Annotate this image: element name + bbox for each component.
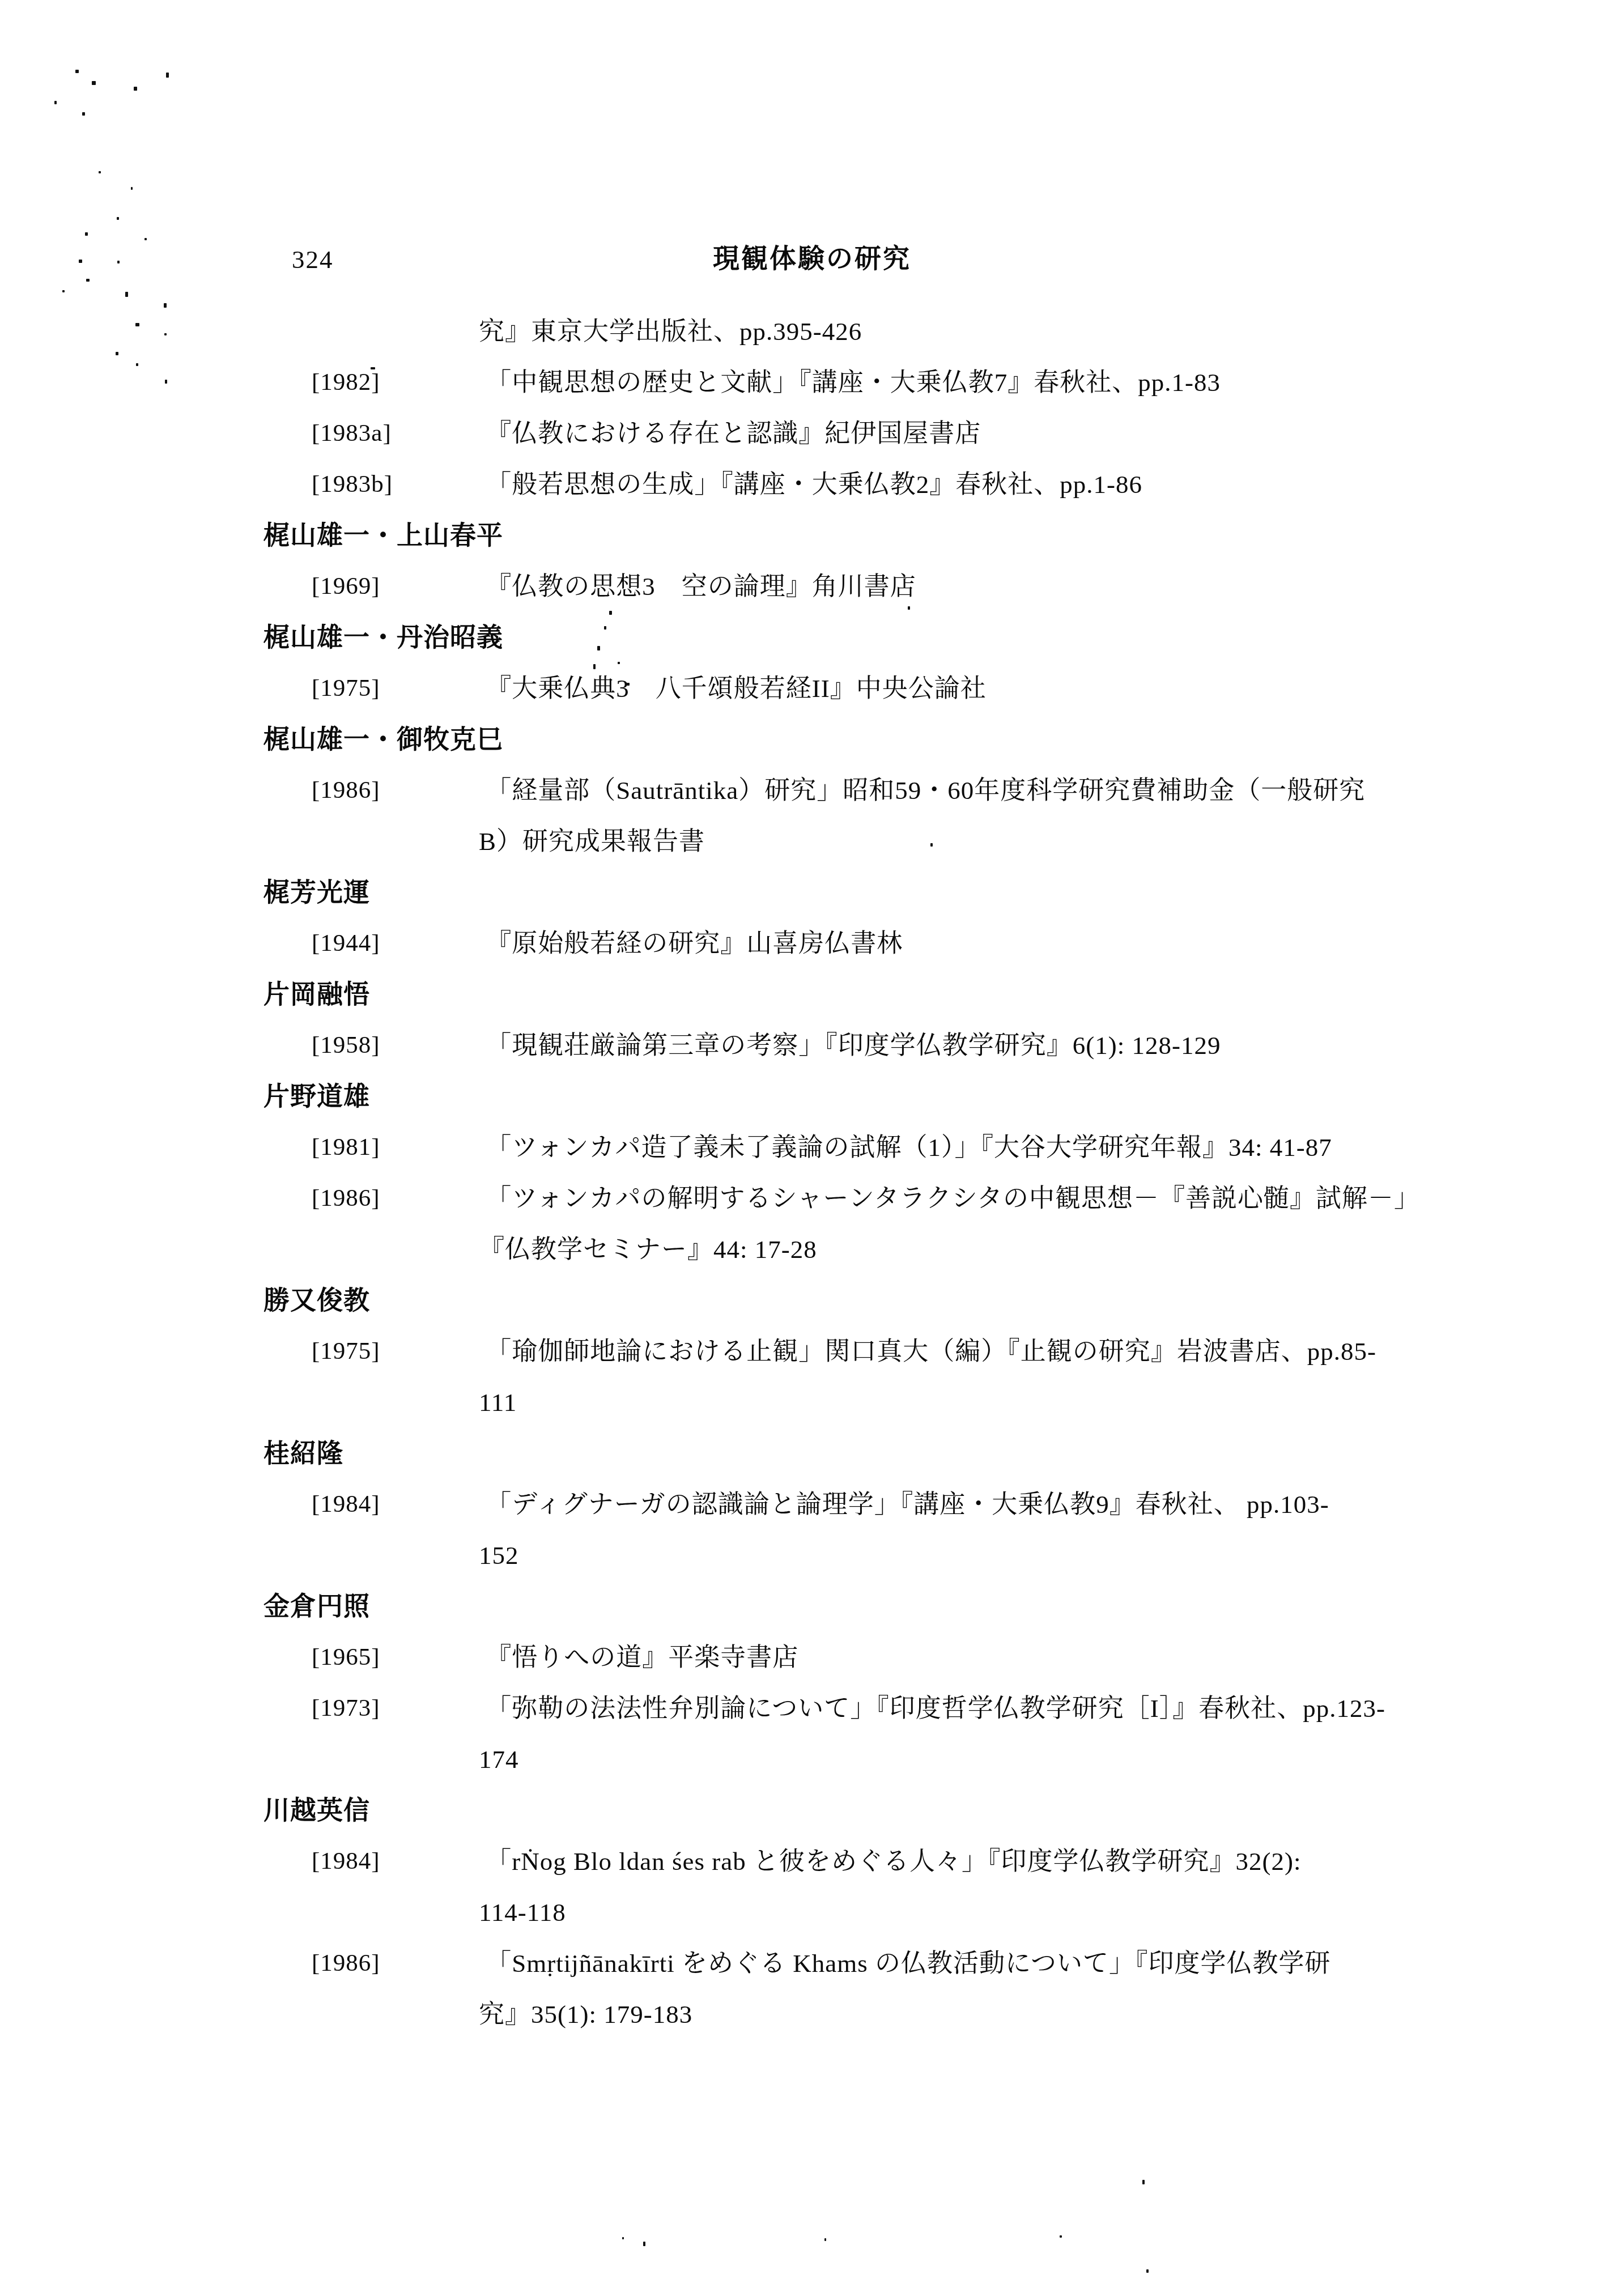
entry-year-label: [1944] [312, 918, 479, 969]
entry-citation-text: 「中観思想の歴史と文献」『講座・大乗仏教7』春秋社、pp.1-83 [486, 357, 1221, 408]
noise-dot [165, 380, 167, 384]
entry-citation-text: 『大乗仏典3 八千頌般若経II』中央公論社 [486, 663, 986, 714]
bibliography-entry: [1973] 「弥勒の法法性弁別論について」『印度哲学仏教学研究［I］』春秋社、… [263, 1683, 1431, 1734]
entry-year-label: [1986] [312, 1173, 479, 1224]
entry-citation-text: 『原始般若経の研究』山喜房仏書林 [486, 918, 903, 969]
bibliography-entry: [1986] 「経量部（Sautrāntika）研究」昭和59・60年度科学研究… [263, 765, 1431, 816]
entry-year-label: [1986] [312, 1938, 479, 1989]
entry-year-label: [1965] [312, 1632, 479, 1683]
entry-year-label: [1981] [312, 1122, 479, 1173]
entry-year-label: [1984] [312, 1836, 479, 1887]
entry-citation-text: 「ツォンカパ造了義未了義論の試解（1）」『大谷大学研究年報』34: 41-87 [486, 1122, 1332, 1173]
bibliography-entry: [1986] 「ツォンカパの解明するシャーンタラクシタの中観思想－『善説心髄』試… [263, 1173, 1431, 1224]
bibliography-list: 究』東京大学出版社、pp.395-426 [1982] 「中観思想の歴史と文献」… [263, 306, 1431, 2040]
entry-citation-text: 究』35(1): 179-183 [479, 2000, 692, 2029]
author-heading: 金倉円照 [263, 1581, 1431, 1632]
entry-continuation-line: 152 [263, 1530, 1431, 1581]
entry-citation-text: 114-118 [479, 1898, 566, 1927]
bibliography-entry: [1965] 『悟りへの道』平楽寺書店 [263, 1632, 1431, 1683]
noise-dot [62, 290, 65, 292]
entry-continuation-line: 究』東京大学出版社、pp.395-426 [263, 306, 1431, 357]
entry-citation-text: B）研究成果報告書 [479, 827, 705, 856]
entry-year-label: [1984] [312, 1479, 479, 1530]
noise-dot [166, 73, 169, 78]
entry-citation-text: 『悟りへの道』平楽寺書店 [486, 1632, 798, 1683]
author-heading: 片野道雄 [263, 1071, 1431, 1122]
noise-dot [1060, 2235, 1062, 2238]
entry-continuation-line: 114-118 [263, 1887, 1431, 1938]
entry-citation-text: 『仏教学セミナー』44: 17-28 [479, 1235, 817, 1264]
entry-citation-text: 『仏教における存在と認識』紀伊国屋書店 [486, 408, 981, 459]
entry-year-label: [1975] [312, 1326, 479, 1377]
noise-dot [144, 238, 147, 240]
document-page: 324 現観体験の研究 究』東京大学出版社、pp.395-426 [1982] … [0, 0, 1624, 2296]
noise-dot [116, 352, 118, 355]
noise-dot [117, 217, 119, 220]
entry-citation-text: 「般若思想の生成」『講座・大乗仏教2』春秋社、pp.1-86 [486, 459, 1142, 510]
noise-dot [125, 292, 128, 297]
noise-dot [82, 112, 85, 116]
author-heading: 片岡融悟 [263, 969, 1431, 1020]
author-heading: 梶芳光運 [263, 867, 1431, 918]
noise-dot [86, 279, 90, 282]
bibliography-entry: [1984] 「ディグナーガの認識論と論理学」『講座・大乗仏教9』春秋社、 pp… [263, 1479, 1431, 1530]
noise-dot [135, 323, 139, 326]
bibliography-entry: [1986] 「Smṛtijñānakīrti をめぐる Khams の仏教活動… [263, 1938, 1431, 1989]
noise-dot [75, 70, 79, 73]
entry-citation-text: 「瑜伽師地論における止観」関口真大（編）『止観の研究』岩波書店、pp.85- [486, 1326, 1376, 1377]
bibliography-entry: [1958] 「現観荘厳論第三章の考察」『印度学仏教学研究』6(1): 128-… [263, 1020, 1431, 1071]
author-heading: 川越英信 [263, 1785, 1431, 1836]
entry-citation-text: 「ツォンカパの解明するシャーンタラクシタの中観思想－『善説心髄』試解－」 [486, 1173, 1420, 1224]
bibliography-entry: [1983b] 「般若思想の生成」『講座・大乗仏教2』春秋社、pp.1-86 [263, 459, 1431, 510]
noise-dot [92, 81, 96, 85]
entry-citation-text: 「rṄog Blo ldan śes rab と彼をめぐる人々」『印度学仏教学研… [486, 1836, 1301, 1887]
entry-citation-text: 「Smṛtijñānakīrti をめぐる Khams の仏教活動について」『印… [486, 1938, 1330, 1989]
entry-year-label: [1986] [312, 765, 479, 816]
entry-continuation-line: 『仏教学セミナー』44: 17-28 [263, 1224, 1431, 1275]
noise-dot [1142, 2180, 1145, 2184]
entry-year-label: [1983a] [312, 408, 479, 459]
author-heading: 桂紹隆 [263, 1428, 1431, 1479]
entry-continuation-line: B）研究成果報告書 [263, 816, 1431, 867]
noise-dot [824, 2238, 826, 2241]
entry-year-label: [1975] [312, 663, 479, 714]
entry-citation-text: 152 [479, 1541, 519, 1570]
noise-dot [1146, 2269, 1149, 2273]
entry-citation-text: 「経量部（Sautrāntika）研究」昭和59・60年度科学研究費補助金（一般… [486, 765, 1365, 816]
entry-citation-text: 111 [479, 1388, 517, 1417]
noise-dot [164, 303, 167, 308]
bibliography-entry: [1981] 「ツォンカパ造了義未了義論の試解（1）」『大谷大学研究年報』34:… [263, 1122, 1431, 1173]
entry-citation-text: 「ディグナーガの認識論と論理学」『講座・大乗仏教9』春秋社、 pp.103- [486, 1479, 1329, 1530]
bibliography-entry: [1975] 「瑜伽師地論における止観」関口真大（編）『止観の研究』岩波書店、p… [263, 1326, 1431, 1377]
entry-year-label: [1982] [312, 357, 479, 408]
noise-dot [131, 187, 133, 190]
author-heading: 勝又俊教 [263, 1275, 1431, 1326]
page-title: 現観体験の研究 [0, 243, 1624, 275]
bibliography-entry: [1944] 『原始般若経の研究』山喜房仏書林 [263, 918, 1431, 969]
author-heading: 梶山雄一・丹治昭義 [263, 612, 1431, 663]
noise-dot [164, 333, 167, 335]
entry-continuation-line: 111 [263, 1377, 1431, 1428]
entry-continuation-line: 174 [263, 1734, 1431, 1785]
author-heading: 梶山雄一・上山春平 [263, 510, 1431, 561]
entry-year-label: [1973] [312, 1683, 479, 1734]
entry-year-label: [1969] [312, 561, 479, 612]
noise-dot [643, 2242, 645, 2246]
bibliography-entry: [1983a] 『仏教における存在と認識』紀伊国屋書店 [263, 408, 1431, 459]
bibliography-entry: [1984] 「rṄog Blo ldan śes rab と彼をめぐる人々」『… [263, 1836, 1431, 1887]
entry-citation-text: 究』東京大学出版社、pp.395-426 [479, 317, 862, 346]
entry-citation-text: 「現観荘厳論第三章の考察」『印度学仏教学研究』6(1): 128-129 [486, 1020, 1221, 1071]
entry-citation-text: 「弥勒の法法性弁別論について」『印度哲学仏教学研究［I］』春秋社、pp.123- [486, 1683, 1385, 1734]
entry-citation-text: 『仏教の思想3 空の論理』角川書店 [486, 561, 916, 612]
author-heading: 梶山雄一・御牧克巳 [263, 714, 1431, 765]
noise-dot [85, 232, 88, 236]
entry-year-label: [1958] [312, 1020, 479, 1071]
bibliography-entry: [1975] 『大乗仏典3 八千頌般若経II』中央公論社 [263, 663, 1431, 714]
entry-citation-text: 174 [479, 1745, 519, 1774]
noise-dot [54, 101, 57, 104]
entry-year-label: [1983b] [312, 459, 479, 510]
bibliography-entry: [1982] 「中観思想の歴史と文献」『講座・大乗仏教7』春秋社、pp.1-83 [263, 357, 1431, 408]
noise-dot [136, 363, 138, 366]
noise-dot [622, 2237, 624, 2239]
entry-continuation-line: 究』35(1): 179-183 [263, 1989, 1431, 2040]
noise-dot [134, 87, 137, 91]
bibliography-entry: [1969] 『仏教の思想3 空の論理』角川書店 [263, 561, 1431, 612]
noise-dot [99, 171, 101, 173]
